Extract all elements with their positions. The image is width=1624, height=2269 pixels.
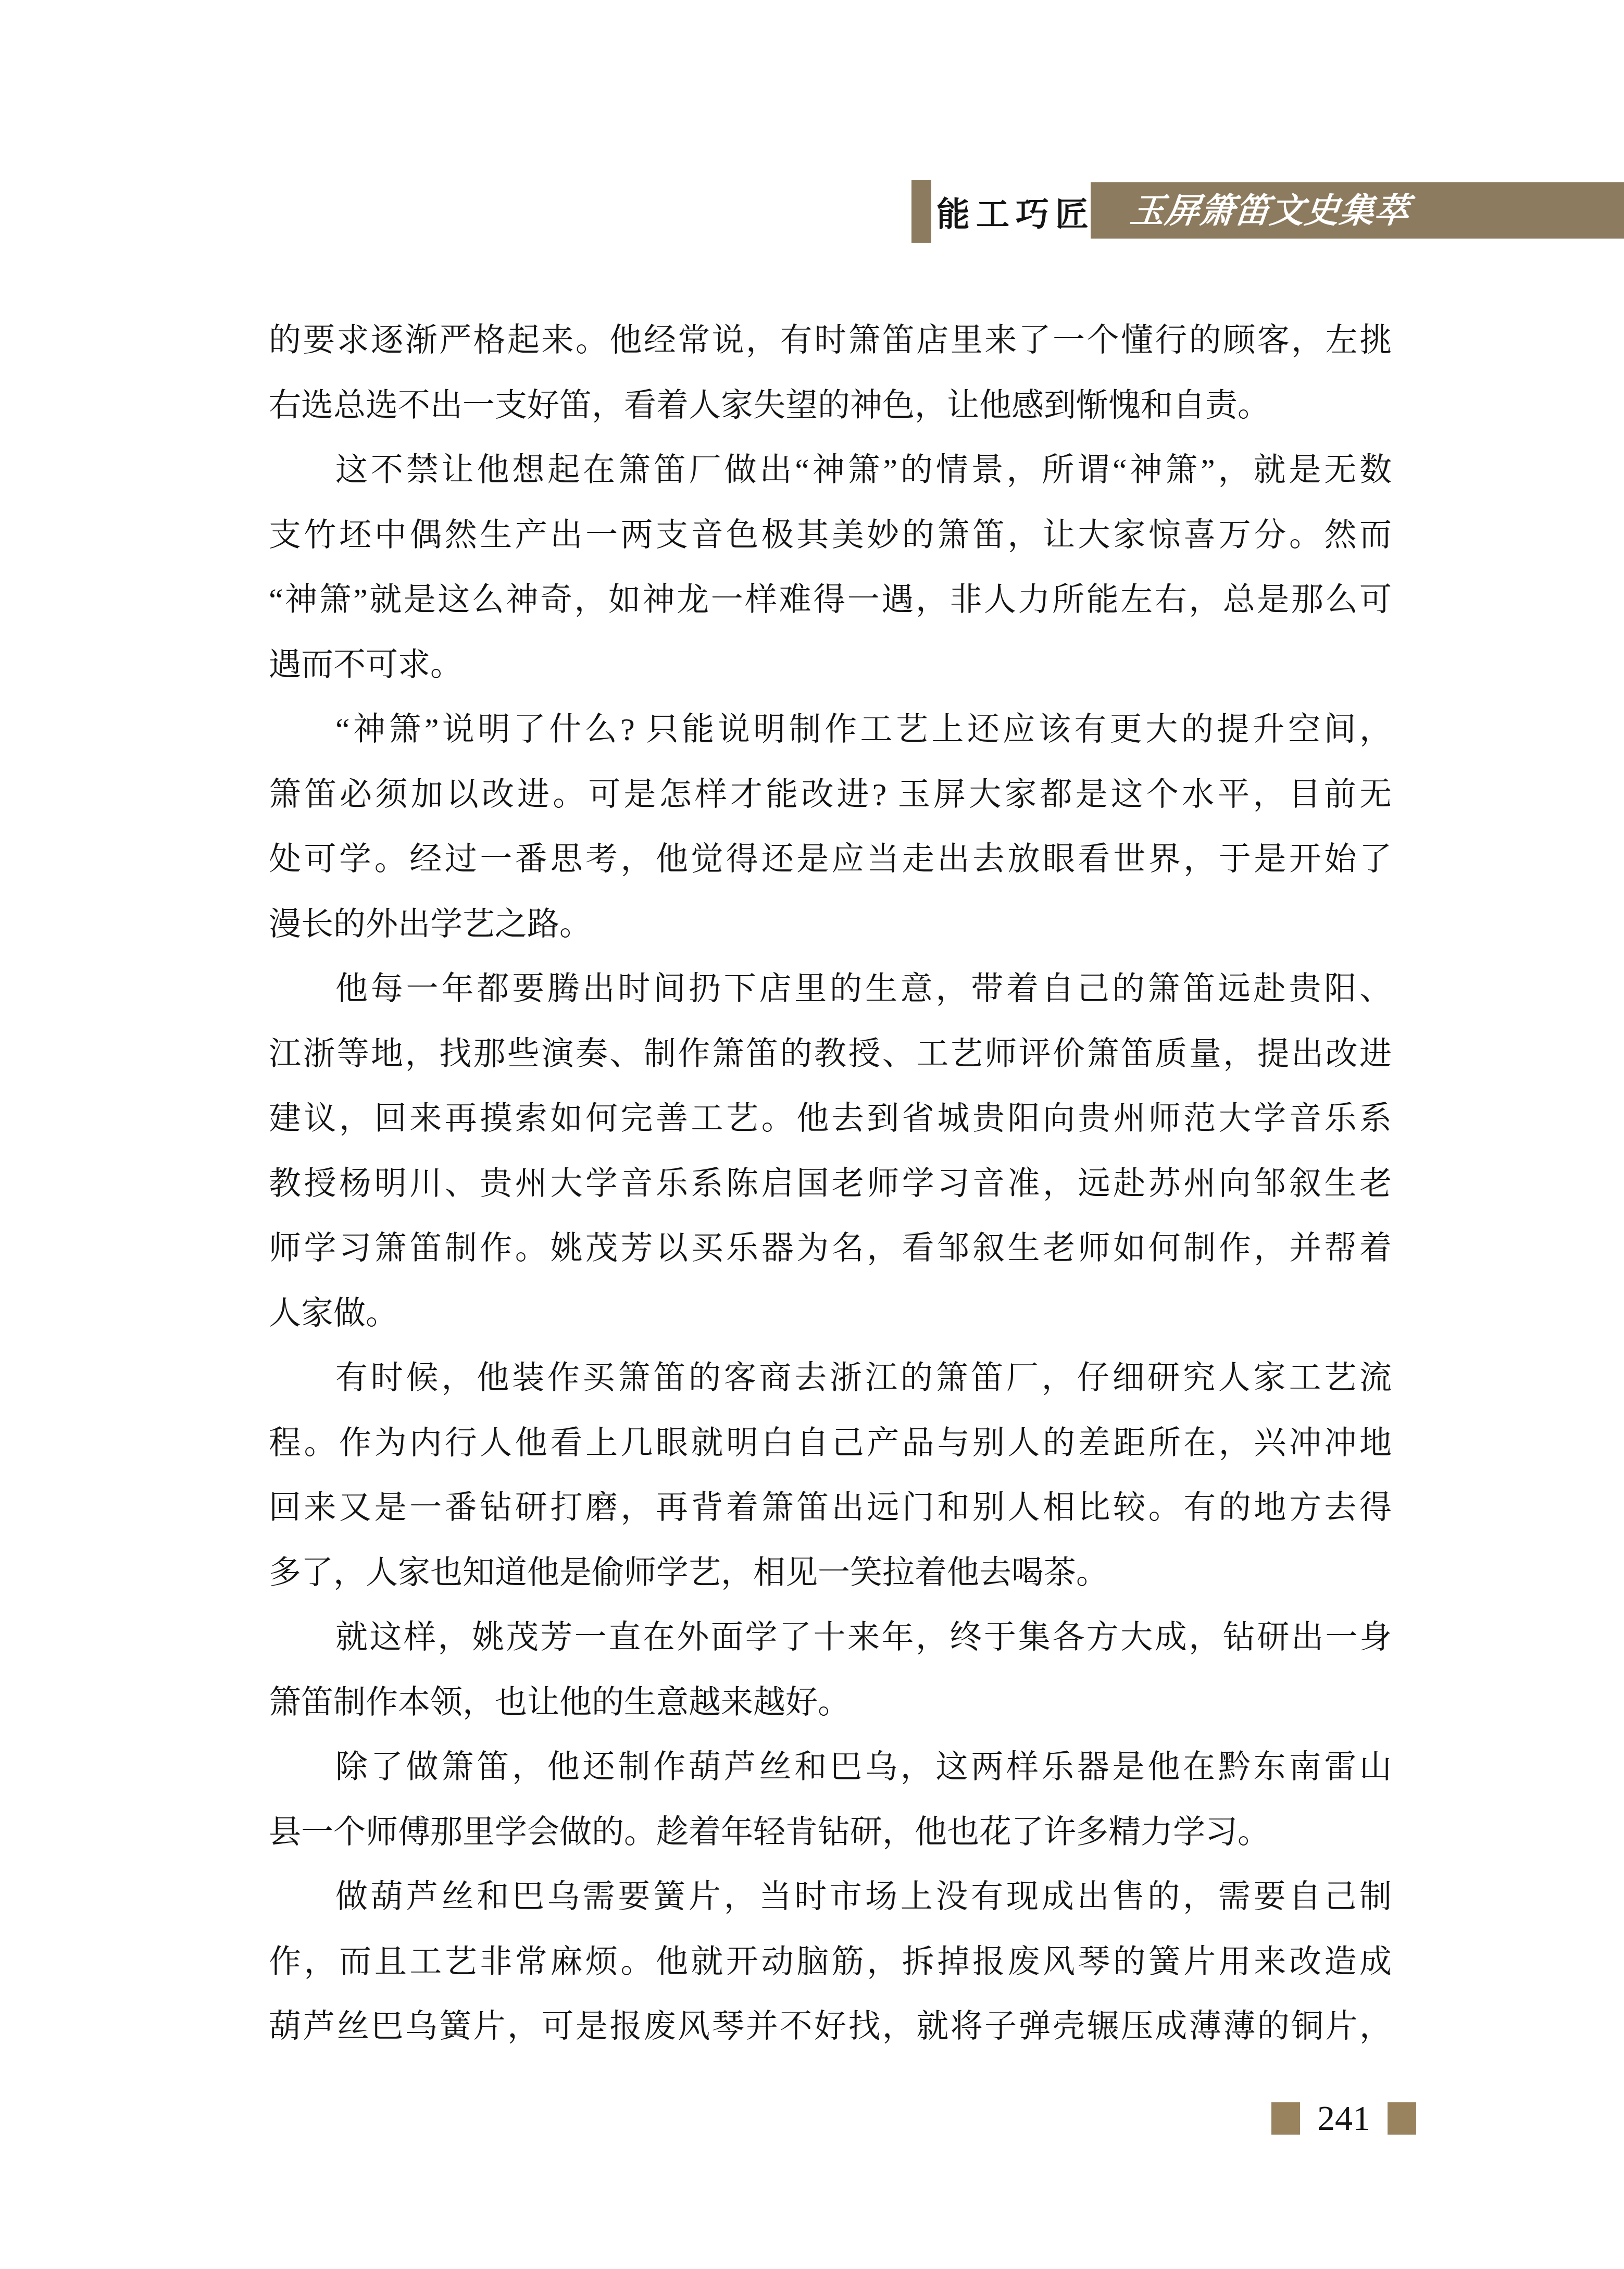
text-line: 处可学。经过一番思考，他觉得还是应当走出去放眼看世界，于是开始了 [269,827,1392,892]
banner-calligraphy-title: 玉屏箫笛文史集萃 [1128,190,1412,233]
text-line: 葫芦丝巴乌簧片，可是报废风琴并不好找，就将子弹壳辗压成薄薄的铜片， [269,1994,1392,2060]
text-line: 就这样，姚茂芳一直在外面学了十来年，终于集各方大成，钻研出一身 [269,1605,1392,1670]
text-line: 作，而且工艺非常麻烦。他就开动脑筋，拆掉报废风琴的簧片用来改造成 [269,1930,1392,1995]
text-line: 除了做箫笛，他还制作葫芦丝和巴乌，这两样乐器是他在黔东南雷山 [269,1735,1392,1800]
text-line: “神箫”就是这么神奇，如神龙一样难得一遇，非人力所能左右，总是那么可 [269,568,1392,633]
text-line: 教授杨明川、贵州大学音乐系陈启国老师学习音准，远赴苏州向邹叙生老 [269,1152,1392,1217]
footer-right-square [1388,2102,1416,2135]
header-accent-bar [911,180,931,243]
body-text: 的要求逐渐严格起来。他经常说，有时箫笛店里来了一个懂行的顾客，左挑右选总选不出一… [269,308,1392,2060]
section-title: 能工巧匠 [936,180,1095,243]
text-line: 他每一年都要腾出时间扔下店里的生意，带着自己的箫笛远赴贵阳、 [269,957,1392,1022]
header-banner: 玉屏箫笛文史集萃 [1091,182,1624,239]
text-line: 遇而不可求。 [269,633,1392,698]
text-line: 回来又是一番钻研打磨，再背着箫笛出远门和别人相比较。有的地方去得 [269,1476,1392,1541]
text-line: 师学习箫笛制作。姚茂芳以买乐器为名，看邹叙生老师如何制作，并帮着 [269,1216,1392,1281]
text-line: 右选总选不出一支好笛，看着人家失望的神色，让他感到惭愧和自责。 [269,373,1392,439]
text-line: 程。作为内行人他看上几眼就明白自己产品与别人的差距所在，兴冲冲地 [269,1411,1392,1476]
text-line: 江浙等地，找那些演奏、制作箫笛的教授、工艺师评价箫笛质量，提出改进 [269,1022,1392,1087]
book-page: { "page": { "background": "#ffffff", "in… [0,0,1624,2269]
text-line: 多了，人家也知道他是偷师学艺，相见一笑拉着他去喝茶。 [269,1541,1392,1606]
text-line: 人家做。 [269,1281,1392,1347]
text-line: 箫笛制作本领，也让他的生意越来越好。 [269,1670,1392,1736]
text-line: 的要求逐渐严格起来。他经常说，有时箫笛店里来了一个懂行的顾客，左挑 [269,308,1392,373]
text-line: 做葫芦丝和巴乌需要簧片，当时市场上没有现成出售的，需要自己制 [269,1865,1392,1930]
text-line: 有时候，他装作买箫笛的客商去浙江的箫笛厂，仔细研究人家工艺流 [269,1346,1392,1411]
text-line: 县一个师傅那里学会做的。趁着年轻肯钻研，他也花了许多精力学习。 [269,1800,1392,1865]
text-line: “神箫”说明了什么? 只能说明制作工艺上还应该有更大的提升空间， [269,697,1392,763]
page-number: 241 [1305,2101,1383,2135]
text-line: 这不禁让他想起在箫笛厂做出“神箫”的情景，所谓“神箫”，就是无数 [269,438,1392,503]
text-line: 建议，回来再摸索如何完善工艺。他去到省城贵阳向贵州师范大学音乐系 [269,1087,1392,1152]
text-line: 漫长的外出学艺之路。 [269,892,1392,957]
footer-left-square [1271,2102,1300,2135]
text-line: 箫笛必须加以改进。可是怎样才能改进? 玉屏大家都是这个水平，目前无 [269,763,1392,828]
text-line: 支竹坯中偶然生产出一两支音色极其美妙的箫笛，让大家惊喜万分。然而 [269,503,1392,568]
